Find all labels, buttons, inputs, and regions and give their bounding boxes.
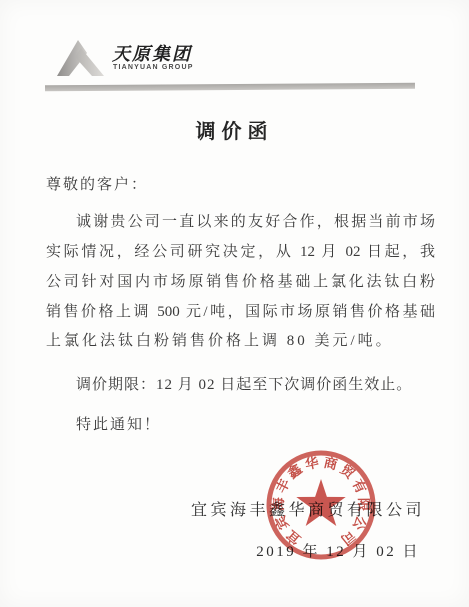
body-line-3: 公司针对国内市场原销售价格基础上氯化法钛白粉 [46, 270, 435, 291]
seal-star-icon [296, 479, 345, 526]
salutation: 尊敬的客户： [46, 173, 148, 194]
body-line-4: 销售价格上调 500 元/吨，国际市场原销售价格基础 [46, 300, 435, 321]
notice-line: 特此通知！ [76, 413, 161, 434]
company-seal-stamp-icon: 宜宾海丰鑫华商贸有限公司 [251, 435, 391, 575]
price-term-line: 调价期限：12 月 02 日起至下次调价函生效止。 [76, 373, 412, 394]
letterhead-divider-bar [45, 83, 415, 92]
letter-title: 调价函 [0, 115, 469, 144]
letter-page: 天原集团 TIANYUAN GROUP 调价函 尊敬的客户： 诚谢贵公司一直以来… [0, 0, 469, 607]
tianyuan-logo-mountain-icon [56, 36, 106, 78]
logo-company-name-en: TIANYUAN GROUP [113, 64, 194, 71]
body-line-5: 上氯化法钛白粉销售价格上调 80 美元/吨。 [46, 329, 394, 350]
body-line-2: 实际情况，经公司研究决定，从 12 月 02 日起，我 [46, 240, 435, 261]
body-line-1: 诚谢贵公司一直以来的友好合作，根据当前市场 [76, 210, 435, 231]
logo-company-name-cn: 天原集团 [112, 40, 192, 66]
